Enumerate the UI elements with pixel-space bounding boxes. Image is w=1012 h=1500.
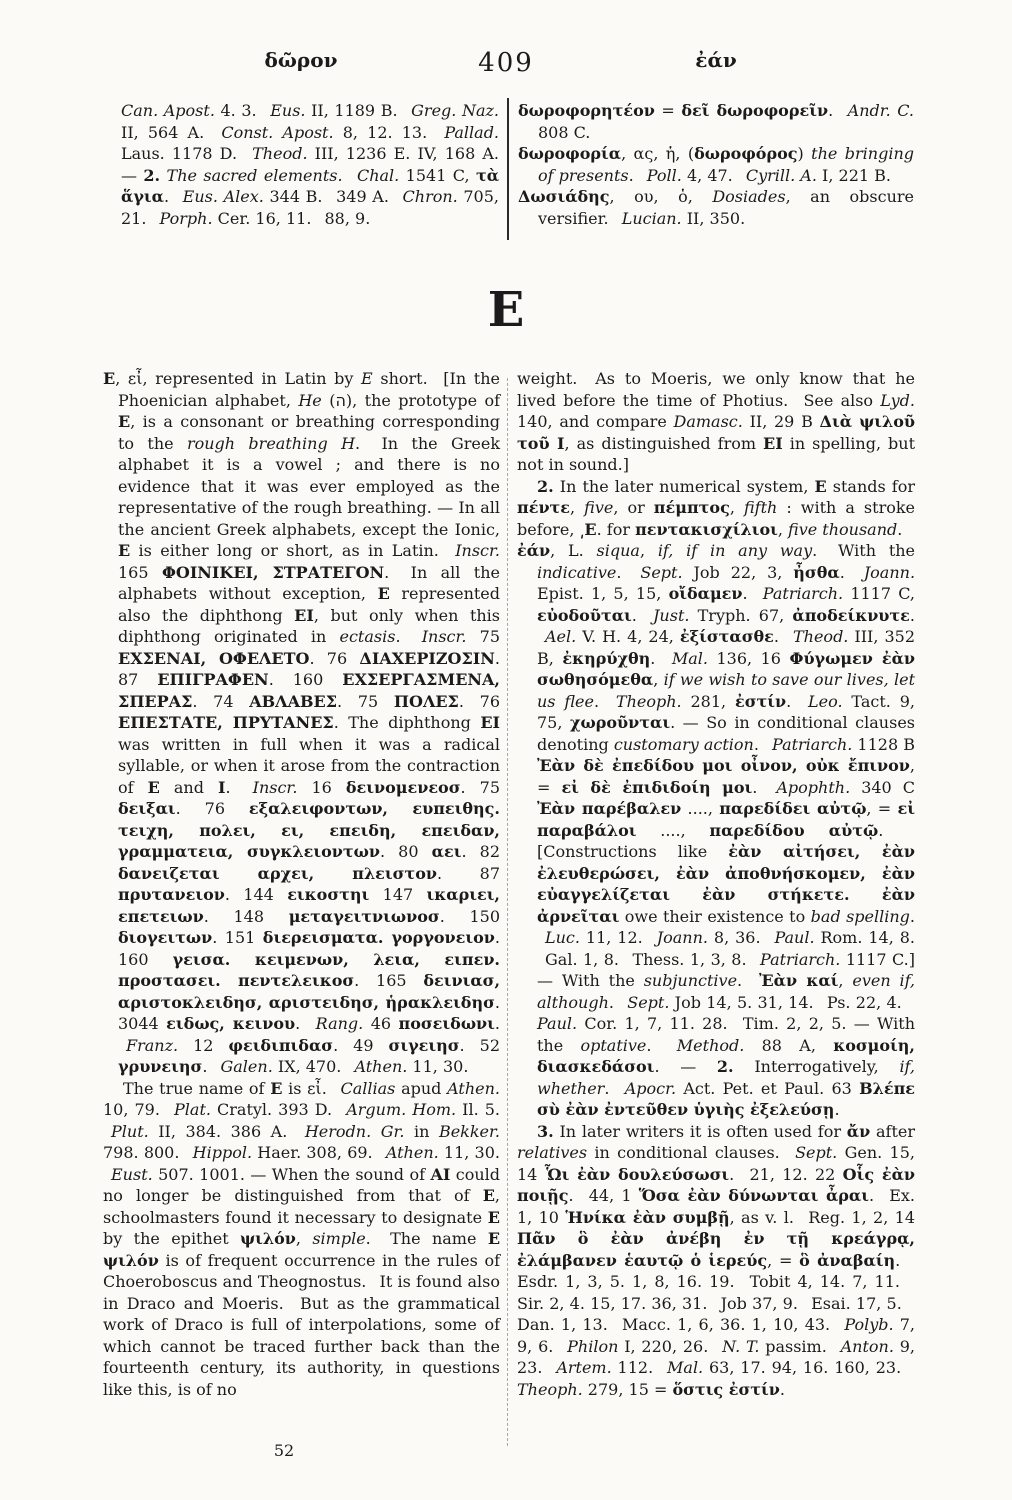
main-right-column: weight. As to Moeris, we only know that … [517, 368, 915, 1400]
paragraph-weight-continuation: weight. As to Moeris, we only know that … [517, 368, 915, 476]
paragraph-numerical-system: 2. In the later numerical system, Ε stan… [517, 476, 915, 541]
column-rule-top [507, 98, 509, 240]
running-head-right: ἐάν [518, 48, 914, 72]
entry-dorophoreteon: δωροφορητέον = δεῖ δωροφορεῖν. Andr. C. … [518, 100, 914, 143]
paragraph-true-name-of-e: The true name of E is εἶ. Callias apud A… [103, 1078, 500, 1401]
main-left-column: E, εἶ, represented in Latin by E short. … [103, 368, 500, 1400]
entry-dosiades: Δωσιάδης, ου, ὁ, Dosiades, an obscure ve… [518, 186, 914, 229]
section-letter-heading: E [0, 285, 1012, 335]
top-left-column: Can. Apost. 4. 3. Eus. II, 1189 B. Greg.… [121, 100, 499, 229]
column-rule-main [507, 378, 508, 1446]
entry-dorophoria: δωροφορία, ας, ἡ, (δωροφόρος) the bringi… [518, 143, 914, 186]
entry-letter-e: E, εἶ, represented in Latin by E short. … [103, 368, 500, 1078]
top-right-column: δωροφορητέον = δεῖ δωροφορεῖν. Andr. C. … [518, 100, 914, 229]
entry-ean: ἐάν, L. siqua, if, if in any way. With t… [517, 540, 915, 1121]
signature-mark: 52 [103, 1441, 465, 1460]
paragraph-later-writers: 3. In later writers it is often used for… [517, 1121, 915, 1401]
doron-entry-continuation: Can. Apost. 4. 3. Eus. II, 1189 B. Greg.… [121, 100, 499, 229]
